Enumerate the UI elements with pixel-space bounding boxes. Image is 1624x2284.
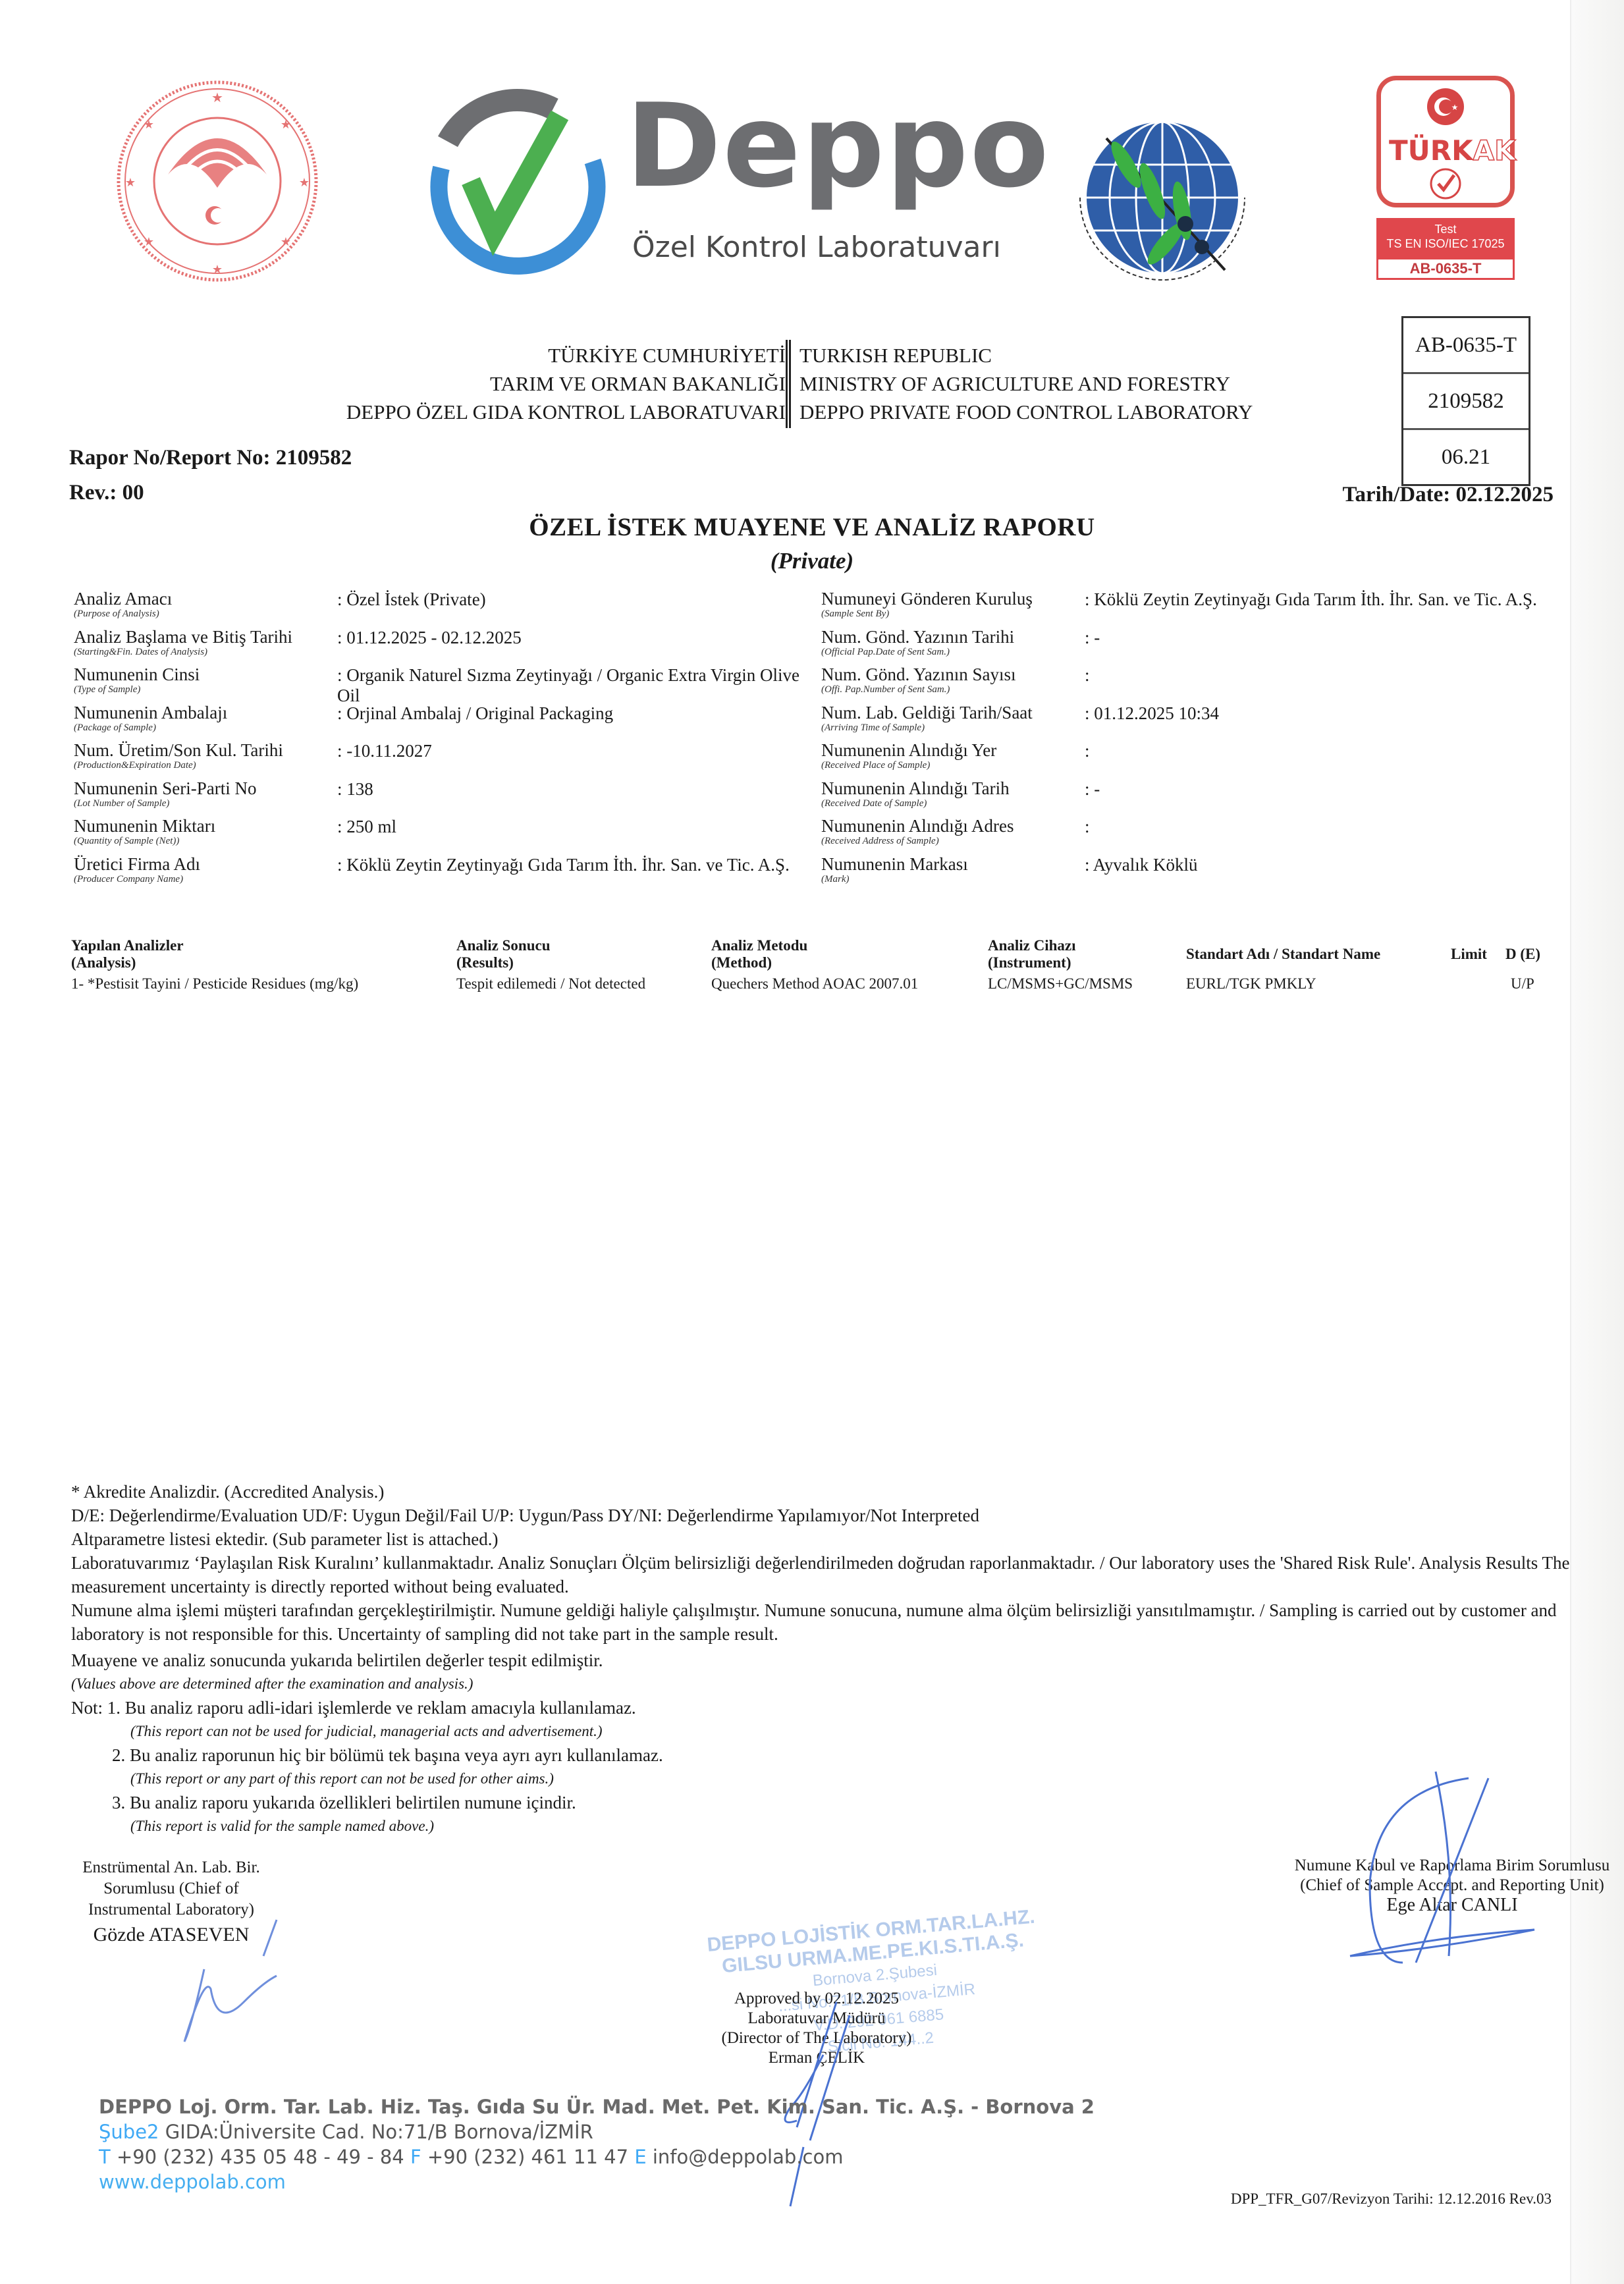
info-label-en: (Starting&Fin. Dates of Analysis) xyxy=(74,647,207,658)
info-label: Numunenin Alındığı Yer xyxy=(821,741,996,759)
approval-date: Approved by 02.12.2025 xyxy=(698,1989,935,2009)
note-1: Not: 1. Bu analiz raporu adli-idari işle… xyxy=(71,1696,1586,1720)
svg-text:★: ★ xyxy=(281,118,291,132)
info-label-en: (Producer Company Name) xyxy=(74,874,183,885)
col-header-evaluation: D (E) xyxy=(1505,946,1540,963)
cell-analysis: 1- *Pestisit Tayini / Pesticide Residues… xyxy=(71,975,358,992)
svg-text:★: ★ xyxy=(299,176,310,190)
turkak-accreditation-logo: ★ TÜRKAK Test TS EN ISO/IEC 17025 AB-063… xyxy=(1376,76,1521,280)
note-2-en: (This report or any part of this report … xyxy=(71,1767,1586,1791)
info-label: Numunenin Miktarı xyxy=(74,817,215,835)
check-circle-icon xyxy=(1429,167,1462,200)
report-title: ÖZEL İSTEK MUAYENE VE ANALİZ RAPORU xyxy=(0,512,1624,542)
document-code-box: AB-0635-T 2109582 06.21 xyxy=(1401,316,1530,486)
signer-name: Erman ÇELİK xyxy=(698,2048,935,2068)
report-notes: * Akredite Analizdir. (Accredited Analys… xyxy=(71,1480,1586,1838)
info-label: Num. Gönd. Yazının Tarihi xyxy=(821,628,1014,646)
info-row: Num. Üretim/Son Kul. Tarihi(Production&E… xyxy=(74,741,831,779)
report-number: Rapor No/Report No: 2109582 xyxy=(69,446,352,470)
info-label: Num. Lab. Geldiği Tarih/Saat xyxy=(821,703,1033,722)
info-row: Numunenin Ambalajı(Package of Sample): O… xyxy=(74,703,831,742)
footer-address: Şube2 GIDA:Üniversite Cad. No:71/B Borno… xyxy=(99,2119,1095,2144)
info-label: Numunenin Markası xyxy=(821,855,968,873)
deppo-tagline: Özel Kontrol Laboratuvarı xyxy=(632,231,1001,264)
info-value: : - xyxy=(1085,628,1559,648)
signer-name: Ege Altar CANLI xyxy=(1287,1895,1617,1915)
turkish-flag-icon: ★ xyxy=(1426,87,1465,126)
info-row: Analiz Başlama ve Bitiş Tarihi(Starting&… xyxy=(74,628,831,666)
signature-block-director: Approved by 02.12.2025 Laboratuvar Müdür… xyxy=(698,1989,935,2068)
svg-text:★: ★ xyxy=(281,235,291,249)
info-value: : Organik Naturel Sızma Zeytinyağı / Org… xyxy=(337,665,811,706)
info-label: Numunenin Alındığı Adres xyxy=(821,817,1014,835)
info-row: Numunenin Seri-Parti No(Lot Number of Sa… xyxy=(74,779,831,817)
info-label-en: (Type of Sample) xyxy=(74,684,140,695)
cell-standard: EURL/TGK PMKLY xyxy=(1186,975,1316,992)
info-value: : Orjinal Ambalaj / Original Packaging xyxy=(337,703,811,724)
info-value: : -10.11.2027 xyxy=(337,741,811,761)
info-row: Num. Lab. Geldiği Tarih/Saat(Arriving Ti… xyxy=(821,703,1579,742)
info-label-en: (Arriving Time of Sample) xyxy=(821,722,925,734)
info-row: Numunenin Alındığı Yer(Received Place of… xyxy=(821,741,1579,779)
svg-text:★: ★ xyxy=(212,263,223,277)
info-value: : - xyxy=(1085,779,1559,800)
info-row: Numunenin Cinsi(Type of Sample): Organik… xyxy=(74,665,831,703)
government-header-english: TURKISH REPUBLIC MINISTRY OF AGRICULTURE… xyxy=(799,341,1253,426)
turkak-accreditation-code: AB-0635-T xyxy=(1376,258,1515,280)
turkak-wordmark: TÜRKAK xyxy=(1389,134,1516,167)
info-row: Num. Gönd. Yazının Tarihi(Official Pap.D… xyxy=(821,628,1579,666)
note-risk-rule: Laboratuvarımız ‘Paylaşılan Risk Kuralın… xyxy=(71,1551,1586,1598)
svg-text:★: ★ xyxy=(1451,103,1459,112)
info-value: : Özel İstek (Private) xyxy=(337,589,811,610)
info-label: Üretici Firma Adı xyxy=(74,855,200,873)
note-determined-en: (Values above are determined after the e… xyxy=(71,1672,1586,1696)
info-label-en: (Received Place of Sample) xyxy=(821,760,930,771)
deppo-logo: Deppo Özel Kontrol Laboratuvarı xyxy=(421,82,988,280)
info-value: : Köklü Zeytin Zeytinyağı Gıda Tarım İth… xyxy=(1085,589,1559,610)
government-header-turkish: TÜRKİYE CUMHURİYETİ TARIM VE ORMAN BAKAN… xyxy=(346,341,786,426)
note-1-en: (This report can not be used for judicia… xyxy=(71,1720,1586,1743)
info-value: : 01.12.2025 - 02.12.2025 xyxy=(337,628,811,648)
info-label: Numunenin Seri-Parti No xyxy=(74,779,256,798)
svg-text:★: ★ xyxy=(211,90,223,105)
info-label: Analiz Amacı xyxy=(74,589,172,608)
footer-company-name: DEPPO Loj. Orm. Tar. Lab. Hiz. Taş. Gıda… xyxy=(99,2094,1095,2119)
note-sampling: Numune alma işlemi müşteri tarafından ge… xyxy=(71,1598,1586,1646)
revision-number: Rev.: 00 xyxy=(69,481,144,505)
info-label-en: (Sample Sent By) xyxy=(821,609,889,620)
signature-block-instrumental-chief: Enstrümental An. Lab. Bir. Sorumlusu (Ch… xyxy=(63,1857,280,1945)
note-evaluation-legend: D/E: Değerlendirme/Evaluation UD/F: Uygu… xyxy=(71,1504,1586,1527)
info-value: : 250 ml xyxy=(337,817,811,837)
company-footer: DEPPO Loj. Orm. Tar. Lab. Hiz. Taş. Gıda… xyxy=(99,2094,1095,2194)
signer-title: Enstrümental An. Lab. Bir. Sorumlusu (Ch… xyxy=(63,1857,280,1920)
signer-title: Laboratuvar Müdürü xyxy=(698,2009,935,2028)
info-label-en: (Quantity of Sample (Net)) xyxy=(74,836,179,847)
info-label: Numunenin Ambalajı xyxy=(74,703,227,722)
note-2: 2. Bu analiz raporunun hiç bir bölümü te… xyxy=(71,1743,1586,1767)
deppo-wordmark: Deppo xyxy=(626,89,1050,204)
info-value: : 138 xyxy=(337,779,811,800)
sample-info-right: Numuneyi Gönderen Kuruluş(Sample Sent By… xyxy=(821,589,1579,892)
info-row: Numunenin Miktarı(Quantity of Sample (Ne… xyxy=(74,817,831,855)
cell-method: Quechers Method AOAC 2007.01 xyxy=(711,975,918,992)
info-value: : Köklü Zeytin Zeytinyağı Gıda Tarım İth… xyxy=(337,855,811,875)
col-header-instrument: Analiz Cihazı(Instrument) xyxy=(988,937,1076,971)
info-label-en: (Package of Sample) xyxy=(74,722,156,734)
info-row: Numunenin Markası(Mark): Ayvalık Köklü xyxy=(821,855,1579,893)
footer-contact: T +90 (232) 435 05 48 - 49 - 84 F +90 (2… xyxy=(99,2144,1095,2169)
info-label: Num. Gönd. Yazının Sayısı xyxy=(821,665,1016,684)
ministry-seal-logo: ★ ★ ★ ★ ★ ★ ★ ★ xyxy=(112,76,323,286)
col-header-analysis: Yapılan Analizler(Analysis) xyxy=(71,937,184,971)
cell-evaluation: U/P xyxy=(1511,975,1534,992)
info-value: : Ayvalık Köklü xyxy=(1085,855,1559,875)
info-value: : xyxy=(1085,741,1559,761)
info-label-en: (Purpose of Analysis) xyxy=(74,609,159,620)
signature-block-sample-acceptance: Numune Kabul ve Raporlama Birim Sorumlus… xyxy=(1287,1856,1617,1915)
info-label-en: (Received Address of Sample) xyxy=(821,836,939,847)
table-row: 1- *Pestisit Tayini / Pesticide Residues… xyxy=(71,975,358,992)
info-label: Analiz Başlama ve Bitiş Tarihi xyxy=(74,628,292,646)
form-version-cell: 06.21 xyxy=(1403,430,1529,484)
scanned-page-edge xyxy=(1570,0,1624,2284)
info-label-en: (Offi. Pap.Number of Sent Sam.) xyxy=(821,684,950,695)
sample-info-left: Analiz Amacı(Purpose of Analysis): Özel … xyxy=(74,589,831,892)
olive-council-logo xyxy=(1054,92,1271,310)
header-double-divider xyxy=(786,340,791,428)
info-row: Üretici Firma Adı(Producer Company Name)… xyxy=(74,855,831,893)
info-label: Numuneyi Gönderen Kuruluş xyxy=(821,589,1033,608)
info-label: Num. Üretim/Son Kul. Tarihi xyxy=(74,741,283,759)
info-row: Num. Gönd. Yazının Sayısı(Offi. Pap.Numb… xyxy=(821,665,1579,703)
form-revision-code: DPP_TFR_G07/Revizyon Tarihi: 12.12.2016 … xyxy=(1231,2190,1552,2208)
info-label-en: (Mark) xyxy=(821,874,849,885)
info-value: : xyxy=(1085,817,1559,837)
info-value: : 01.12.2025 10:34 xyxy=(1085,703,1559,724)
cell-result: Tespit edilemedi / Not detected xyxy=(456,975,645,992)
signer-title-en: (Director of The Laboratory) xyxy=(698,2028,935,2048)
col-header-method: Analiz Metodu(Method) xyxy=(711,937,807,971)
col-header-result: Analiz Sonucu(Results) xyxy=(456,937,551,971)
note-determined: Muayene ve analiz sonucunda yukarıda bel… xyxy=(71,1648,1586,1672)
svg-text:★: ★ xyxy=(125,176,136,190)
info-label-en: (Lot Number of Sample) xyxy=(74,798,169,809)
note-3-en: (This report is valid for the sample nam… xyxy=(71,1814,1586,1838)
info-label: Numunenin Cinsi xyxy=(74,665,200,684)
col-header-standard: Standart Adı / Standart Name xyxy=(1186,946,1380,963)
svg-text:★: ★ xyxy=(144,118,154,132)
website-link[interactable]: www.deppolab.com xyxy=(99,2169,1095,2194)
note-accredited: * Akredite Analizdir. (Accredited Analys… xyxy=(71,1480,1586,1504)
info-label-en: (Received Date of Sample) xyxy=(821,798,927,809)
info-row: Numunenin Alındığı Adres(Received Addres… xyxy=(821,817,1579,855)
cell-instrument: LC/MSMS+GC/MSMS xyxy=(988,975,1133,992)
info-row: Numunenin Alındığı Tarih(Received Date o… xyxy=(821,779,1579,817)
note-3: 3. Bu analiz raporu yukarıda özellikleri… xyxy=(71,1791,1586,1814)
col-header-limit: Limit xyxy=(1451,946,1487,963)
report-date: Tarih/Date: 02.12.2025 xyxy=(1342,483,1554,507)
note-subparameter: Altparametre listesi ektedir. (Sub param… xyxy=(71,1527,1586,1551)
fax-number: +90 (232) 461 11 47 xyxy=(427,2146,628,2168)
report-number-cell: 2109582 xyxy=(1403,374,1529,430)
info-value: : xyxy=(1085,665,1559,686)
info-row: Analiz Amacı(Purpose of Analysis): Özel … xyxy=(74,589,831,628)
info-row: Numuneyi Gönderen Kuruluş(Sample Sent By… xyxy=(821,589,1579,628)
svg-text:★: ★ xyxy=(144,235,154,249)
email-link[interactable]: info@deppolab.com xyxy=(653,2146,844,2168)
info-label-en: (Official Pap.Date of Sent Sam.) xyxy=(821,647,950,658)
signer-name: Gözde ATASEVEN xyxy=(63,1924,280,1945)
turkak-frame: ★ TÜRKAK xyxy=(1376,76,1515,207)
phone-number: +90 (232) 435 05 48 - 49 - 84 xyxy=(117,2146,404,2168)
info-label: Numunenin Alındığı Tarih xyxy=(821,779,1010,798)
accreditation-code: AB-0635-T xyxy=(1403,318,1529,374)
turkak-standard-band: Test TS EN ISO/IEC 17025 xyxy=(1376,218,1515,258)
info-label-en: (Production&Expiration Date) xyxy=(74,760,196,771)
signer-title: Numune Kabul ve Raporlama Birim Sorumlus… xyxy=(1287,1856,1617,1895)
report-subtitle: (Private) xyxy=(0,548,1624,574)
